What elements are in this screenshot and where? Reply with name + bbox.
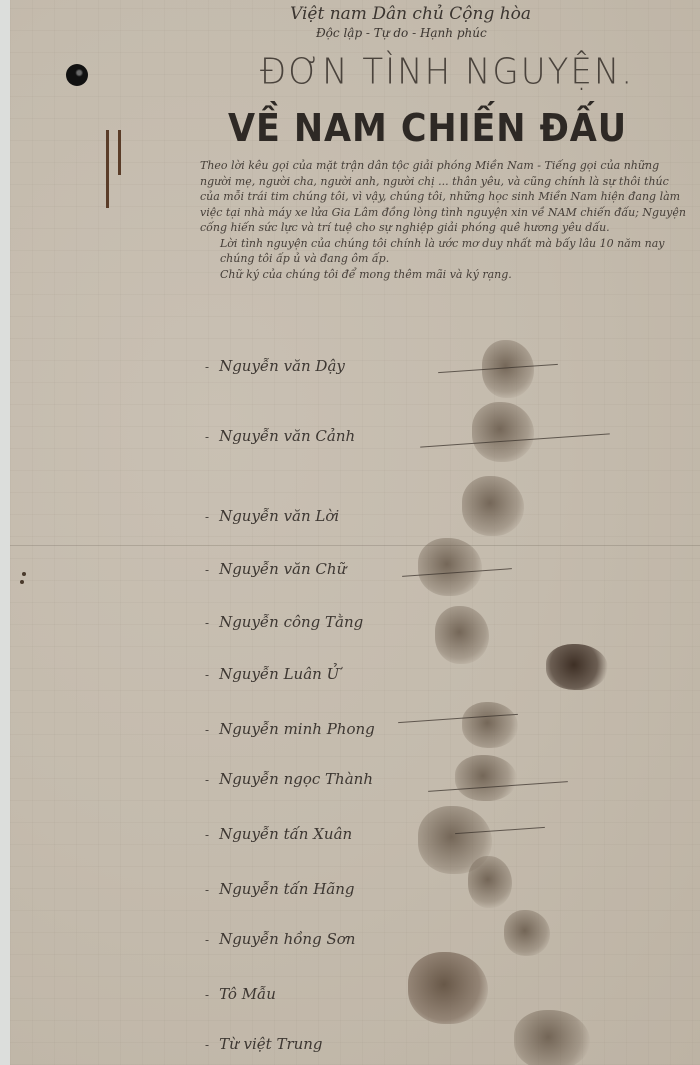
signatory-name: Nguyễn văn Dậy [219,357,345,375]
body-paragraph: Theo lời kêu gọi của mặt trận dân tộc gi… [200,158,690,236]
signatory-row: -Nguyễn văn Dậy [205,357,345,375]
body-paragraph: Lời tình nguyện của chúng tôi chính là ư… [200,236,690,267]
blood-fingerprint [462,476,524,536]
signatory-row: -Nguyễn văn Cảnh [205,427,355,445]
ink-dot [20,580,24,584]
signatory-row: -Nguyễn minh Phong [205,720,375,738]
blood-fingerprint [546,644,608,690]
blood-fingerprint [504,910,550,956]
signatory-name: Nguyễn công Tằng [219,613,363,631]
blood-fingerprint [408,952,488,1024]
ink-dot [22,572,26,576]
signatory-name: Nguyễn tấn Xuân [219,825,352,843]
blood-fingerprint [462,702,518,748]
signatory-row: -Nguyễn tấn Xuân [205,825,352,843]
signatory-name: Nguyễn văn Lời [219,507,339,525]
body-paragraph: Chữ ký của chúng tôi để mong thêm mãi và… [200,267,690,283]
signatory-row: -Nguyễn văn Chữ [205,560,346,578]
document-title: ĐƠN TÌNH NGUYỆN. [260,51,634,93]
signatory-name: Nguyễn văn Chữ [219,560,346,578]
signatory-name: Nguyễn tấn Hãng [219,880,354,898]
ink-mark [106,130,109,208]
signatory-name: Từ việt Trung [219,1035,322,1053]
header-motto: Độc lập - Tự do - Hạnh phúc [316,26,487,40]
signatory-row: -Nguyễn hồng Sơn [205,930,355,948]
ink-mark [118,130,121,175]
blood-fingerprint [435,606,489,664]
signatory-row: -Nguyễn Luân Ử [205,665,339,683]
signatory-name: Nguyễn văn Cảnh [219,427,355,445]
pin-hole-icon [66,64,88,86]
signatory-name: Tô Mẫu [219,985,276,1003]
blood-fingerprint [455,755,517,801]
blood-fingerprint [418,538,482,596]
signatory-name: Nguyễn minh Phong [219,720,375,738]
paper-fold-line [10,545,700,546]
petition-body: Theo lời kêu gọi của mặt trận dân tộc gi… [200,158,690,282]
signatory-name: Nguyễn Luân Ử [219,665,339,683]
signatory-row: -Nguyễn tấn Hãng [205,880,355,898]
signatory-row: -Nguyễn văn Lời [205,507,339,525]
signatory-row: -Nguyễn ngọc Thành [205,770,373,788]
blood-fingerprint [472,402,534,462]
header-country: Việt nam Dân chủ Cộng hòa [290,4,531,24]
signatory-row: -Tô Mẫu [205,985,276,1003]
signatory-row: -Từ việt Trung [205,1035,323,1053]
signatory-row: -Nguyễn công Tằng [205,613,363,631]
signatory-name: Nguyễn hồng Sơn [219,930,355,948]
document-subtitle: VỀ NAM CHIẾN ĐẤU [228,106,627,150]
signatory-name: Nguyễn ngọc Thành [219,770,373,788]
blood-fingerprint [468,856,512,908]
